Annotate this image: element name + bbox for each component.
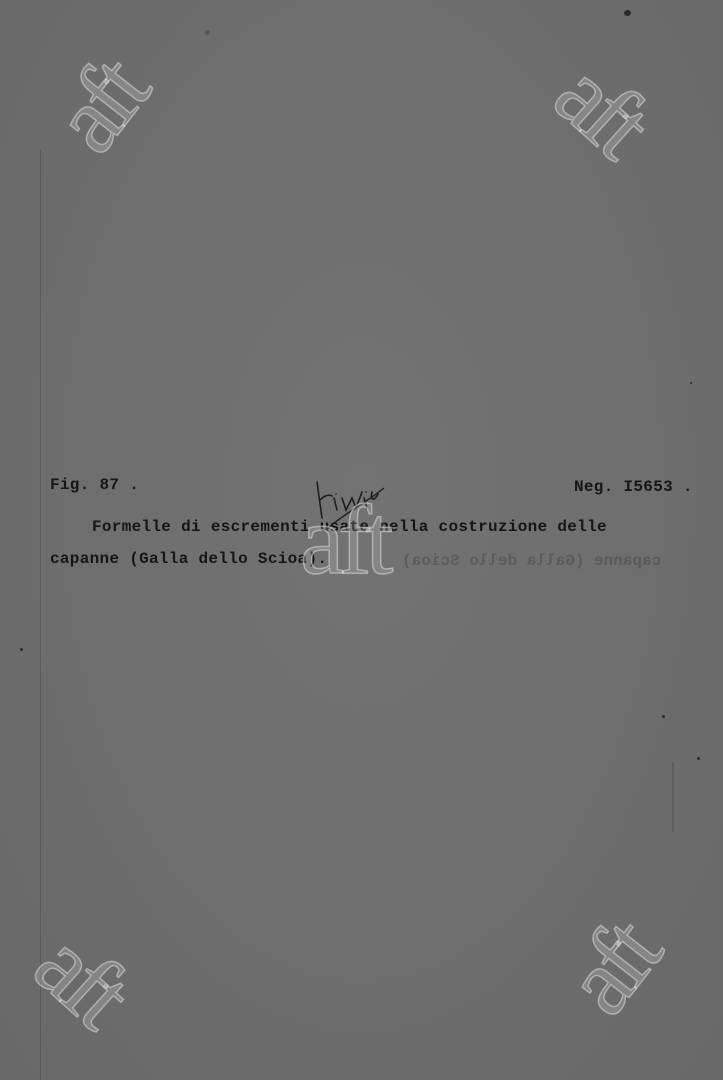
dust-speck — [690, 382, 692, 384]
watermark-center: aft — [300, 490, 387, 590]
watermark-bottom-left: aft — [19, 914, 145, 1041]
dust-speck — [624, 10, 631, 16]
scanned-document-page: capanne (Galla dello Scioa) Fig. 87 . Ne… — [0, 0, 723, 1080]
dust-speck — [697, 757, 700, 760]
watermark-top-right: aft — [539, 44, 665, 171]
scan-streak — [672, 762, 674, 832]
dust-speck — [662, 715, 665, 718]
caption-line-2: capanne (Galla dello Scioa). — [50, 550, 327, 568]
watermark-top-left: aft — [36, 44, 163, 169]
watermark-bottom-right: aft — [548, 906, 675, 1031]
dust-speck — [20, 648, 23, 651]
figure-label: Fig. 87 . — [50, 476, 139, 494]
negative-number: Neg. I5653 . — [574, 478, 693, 496]
margin-line — [40, 150, 41, 1080]
dust-speck — [205, 30, 210, 35]
bleed-through-text: capanne (Galla dello Scioa) — [402, 552, 661, 570]
